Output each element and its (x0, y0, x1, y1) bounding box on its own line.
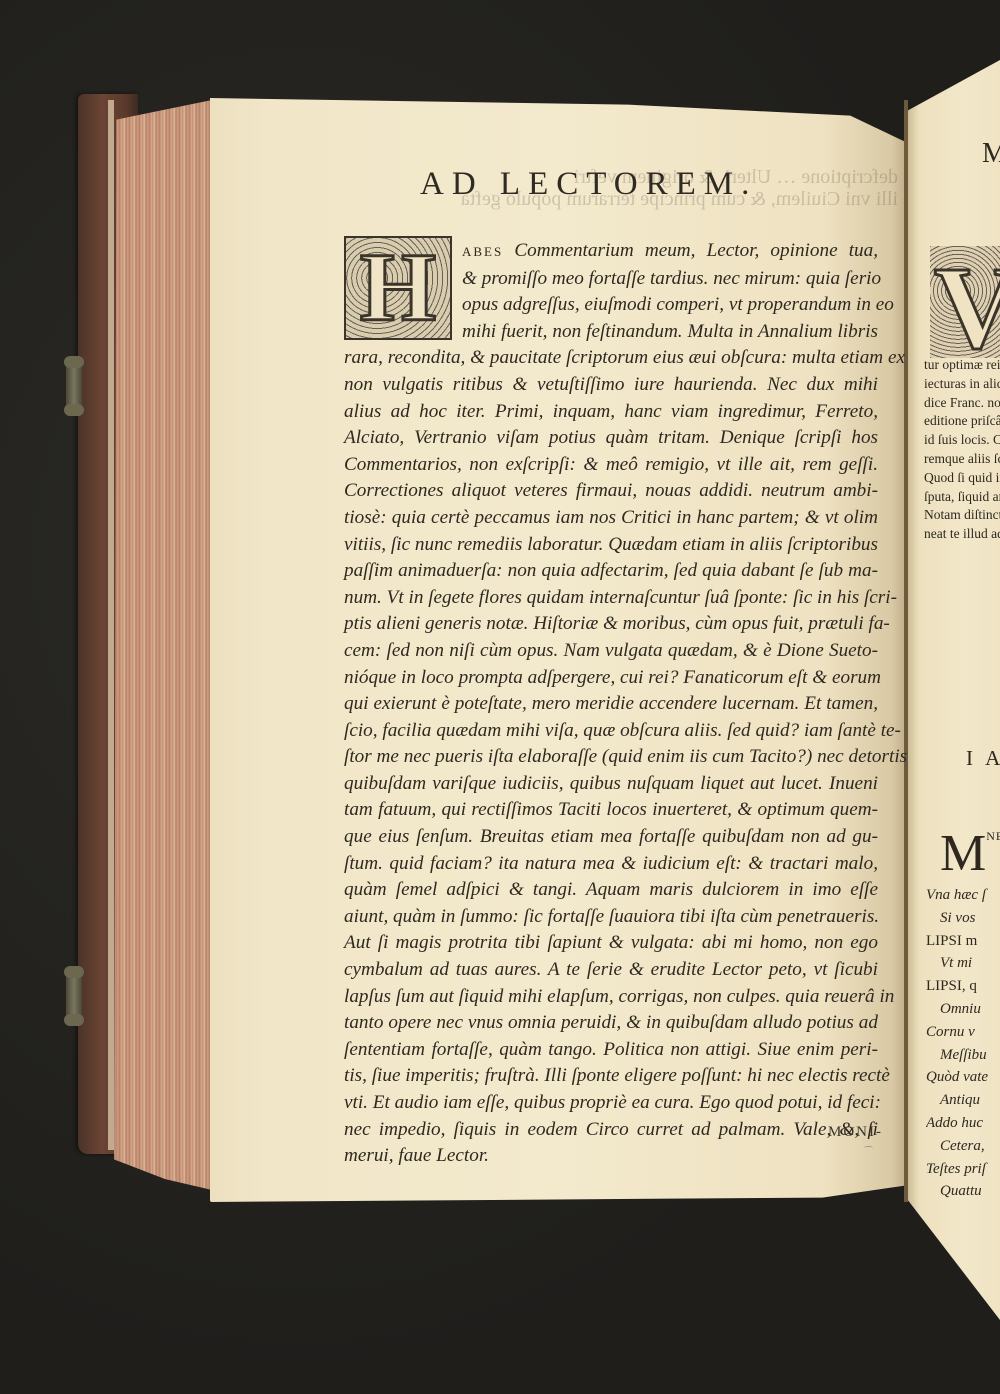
text-line: que eius ſenſum. Breuitas etiam mea fort… (344, 824, 878, 851)
text-line: Quod ſi quid in i (924, 469, 1000, 488)
text-line: alius ad hoc iter. Primi, inquam, hanc v… (344, 399, 878, 426)
verse-line: Omniu (926, 998, 1000, 1021)
text-line: num. Vt in ſegete flores quidam internaſ… (344, 585, 878, 612)
text-line: ſtum. quid faciam? ita natura mea & iudi… (344, 851, 878, 878)
text-line: non vulgatis ritibus & vetuſtiſſimo iure… (344, 372, 878, 399)
text-line: qui exierunt è poteſtate, mero meridie a… (344, 691, 878, 718)
verse-line: Si vos (926, 907, 1000, 930)
text-line: paſſim animaduerſa: non quia adfectarim,… (344, 558, 878, 585)
text-line: cem: ſed non niſi cùm opus. Nam vulgata … (344, 638, 878, 665)
text-line: Notam diſtincti (924, 506, 1000, 525)
verse-line: Quòd vate (926, 1066, 1000, 1089)
preface-body-text: ABES Commentarium meum, Lector, opinione… (344, 238, 878, 1170)
clasp-upper-icon (66, 356, 82, 416)
text-line: nióque in loco prompta adſpergere, cui r… (344, 665, 878, 692)
clasp-lower-icon (66, 966, 82, 1026)
text-line: Alciato, Vertranio viſam potius quàm tri… (344, 425, 878, 452)
verse-line: Meſſibu (926, 1044, 1000, 1067)
text-line: neat te illud adt (924, 525, 1000, 544)
text-line: ſputa, ſiquid am (924, 488, 1000, 507)
text-line: Aut ſi magis protrita tibi ſapiunt & vul… (344, 930, 878, 957)
signature-mark: ⌒ (864, 1144, 873, 1157)
verse-line: LIPSI, q (926, 975, 1000, 998)
text-line: tanto opere nec vnus omnia peruidi, & in… (344, 1010, 878, 1037)
text-line: ptis alieni generis notæ. Hiſtoriæ & mor… (344, 611, 878, 638)
text-line: mihi fuerit, non feſtinandum. Multa in A… (344, 319, 878, 346)
catchword: MONI- (828, 1124, 883, 1141)
book-gutter (904, 100, 908, 1202)
initial-letter: V (934, 246, 1000, 358)
text-line: nec impedio, ſiquis in eodem Circo curre… (344, 1117, 878, 1144)
text-line: tur optimæ rei. H (924, 356, 1000, 375)
verse-line: Cornu v (926, 1021, 1000, 1044)
poem-initial-sup: NE (986, 829, 1000, 843)
page-title: AD LECTOREM. (420, 166, 757, 203)
verse-line: Cetera, (926, 1135, 1000, 1158)
poem-initial-letter: M (940, 828, 986, 880)
decorated-initial-v-icon: V (930, 246, 1000, 358)
verse-line: Teſtes priſ (926, 1158, 1000, 1181)
verse-line: Quattu (926, 1180, 1000, 1203)
text-line-content: Commentarium meum, Lector, opinione tua, (514, 240, 878, 261)
text-line: Correctiones aliquot veteres firmaui, no… (344, 478, 878, 505)
page-edges-fore-edge (108, 100, 212, 1190)
text-line: ABES Commentarium meum, Lector, opinione… (344, 238, 878, 266)
right-running-header: M (982, 138, 1000, 170)
verse-line: Addo huc (926, 1112, 1000, 1135)
verse-line: Vna hæc ſ (926, 884, 1000, 907)
verse-line: Antiqu (926, 1089, 1000, 1112)
text-line: dice Franc. noſtr (924, 394, 1000, 413)
text-line: opus adgreſſus, eiuſmodi comperi, vt pro… (344, 292, 878, 319)
text-line: quàm ſemel adſpici & tangi. Aquam maris … (344, 877, 878, 904)
right-prose-block: tur optimæ rei. H iecturas in aliquo dic… (924, 356, 1000, 544)
text-line: editione priſcâ, p (924, 412, 1000, 431)
verse-line: Vt mi (926, 952, 1000, 975)
text-line: tiosè: quia certè peccamus iam nos Criti… (344, 505, 878, 532)
text-line: iecturas in aliquo (924, 375, 1000, 394)
page-edges-highlight (108, 100, 114, 1150)
text-line: quibuſdam variſque iudiciis, quibus nuſq… (344, 771, 878, 798)
text-line: lapſus ſum aut ſiquid mihi elapſum, corr… (344, 984, 878, 1011)
text-line: cymbalum ad tuas aures. A te ſerie & eru… (344, 957, 878, 984)
verse-line: LIPSI m (926, 930, 1000, 953)
text-line: & promiſſo meo fortaſſe tardius. nec mir… (344, 266, 878, 293)
text-line: tis, ſiue imperitis; fruſtrà. Illi ſpont… (344, 1063, 878, 1090)
lead-in-smallcaps: ABES (462, 244, 503, 259)
right-poem-block: Vna hæc ſ Si vos LIPSI m Vt mi LIPSI, q … (926, 884, 1000, 1203)
text-line: ſtor me nec pueris iſta elaboraſſe (quid… (344, 744, 878, 771)
text-line: ſcio, facilia quædam mihi viſa, quæ obſc… (344, 718, 878, 745)
text-line: rara, recondita, & paucitate ſcriptorum … (344, 345, 878, 372)
right-section-heading: I A (966, 746, 1000, 771)
poem-initial: MNE (940, 828, 1000, 880)
text-line-closing: merui, faue Lector. (344, 1143, 878, 1170)
text-line: vti. Et audio iam eſſe, quibus propriè e… (344, 1090, 878, 1117)
text-line: aiunt, quàm in ſummo: ſic fortaſſe ſuaui… (344, 904, 878, 931)
text-line: remque aliis ſcito (924, 450, 1000, 469)
text-line: id ſuis locis. Ce (924, 431, 1000, 450)
text-line: vitiis, ſic nunc remediis laboratur. Quæ… (344, 532, 878, 559)
text-line: ſententiam fortaſſe, quàm tango. Politic… (344, 1037, 878, 1064)
text-line: Commentarios, non exſcripſi: & meô remig… (344, 452, 878, 479)
text-line: tam fatuum, qui rectiſſimos Taciti locos… (344, 797, 878, 824)
